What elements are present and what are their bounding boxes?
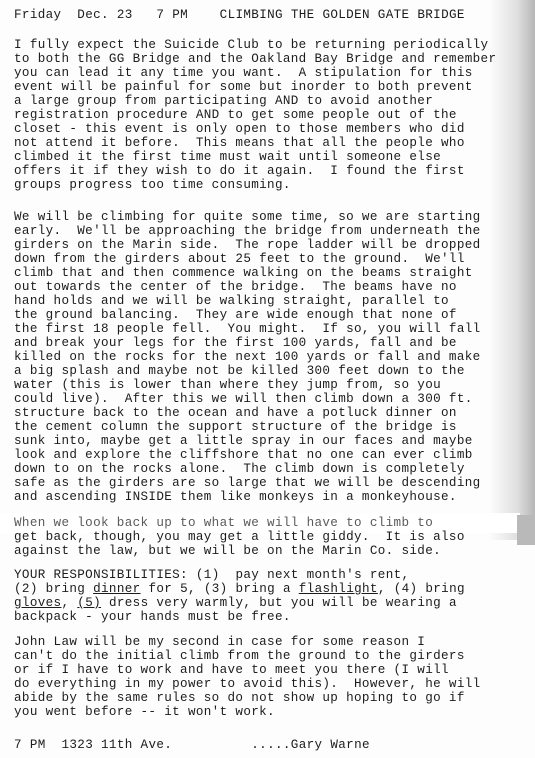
text-line: When we look back up to what we will hav… (14, 516, 465, 530)
paragraph-climb-details: We will be climbing for quite some time,… (14, 210, 481, 504)
item-text: pay next month's rent, (235, 568, 409, 582)
text-line: look and explore the cliffshore that no … (14, 448, 481, 462)
text-line: the ground balancing. They are wide enou… (14, 308, 481, 322)
responsibilities-line-3: gloves, (5) dress very warmly, but you w… (14, 596, 473, 610)
typed-flyer-page: Friday Dec. 23 7 PM CLIMBING THE GOLDEN … (0, 0, 535, 758)
text-line: groups progress too time consuming. (14, 178, 496, 192)
text-line: registration procedure AND to get some p… (14, 108, 496, 122)
responsibilities-line-2: (2) bring dinner for 5, (3) bring a flas… (14, 582, 473, 596)
responsibilities-line-4: backpack - your hands must be free. (14, 610, 473, 624)
text-line: could live). After this we will then cli… (14, 392, 481, 406)
item-number: (3) (204, 582, 228, 596)
header-date: Dec. 23 (77, 8, 132, 22)
text-line: killed on the rocks for the next 100 yar… (14, 350, 481, 364)
text-line: the first 18 people fell. You might. If … (14, 322, 481, 336)
paragraph-intro: I fully expect the Suicide Club to be re… (14, 38, 496, 192)
item-text: bring (46, 582, 93, 596)
item-text: dress very warmly, but you will be weari… (109, 596, 457, 610)
text-line: not attend it before. This means that al… (14, 136, 496, 150)
text-line: a big splash and maybe not be killed 300… (14, 364, 481, 378)
text-line: sunk into, maybe get a little spray in o… (14, 434, 481, 448)
text-line: can't do the initial climb from the grou… (14, 649, 481, 663)
text-line: you went before -- it won't work. (14, 705, 481, 719)
text-line: John Law will be my second in case for s… (14, 635, 481, 649)
item-text: bring a (236, 582, 299, 596)
header-day: Friday (14, 8, 61, 22)
text-line: safe as the girders are so large that we… (14, 476, 481, 490)
text-line: abide by the same rules so do not show u… (14, 691, 481, 705)
item-number: (4) (394, 582, 418, 596)
text-line: closet - this event is only open to thos… (14, 122, 496, 136)
text-line: down from the girders about 25 feet to t… (14, 252, 481, 266)
responsibilities-line-1: YOUR RESPONSIBILITIES: (1) pay next mont… (14, 568, 473, 582)
paragraph-look-back: When we look back up to what we will hav… (14, 516, 465, 558)
text-line: girders on the Marin side. The rope ladd… (14, 238, 481, 252)
footer-time: 7 PM (14, 738, 46, 752)
item-underlined-text: gloves (14, 596, 61, 610)
text-line: climb that and then commence walking on … (14, 266, 481, 280)
paragraph-john-law: John Law will be my second in case for s… (14, 635, 481, 719)
footer-signature: .....Gary Warne (251, 738, 370, 752)
item-text: bring (425, 582, 472, 596)
item-underlined-text: flashlight (299, 582, 378, 596)
item-text: , (378, 582, 386, 596)
text-line: offers it if they wish to do it again. I… (14, 164, 496, 178)
text-line: out towards the center of the bridge. Th… (14, 280, 481, 294)
text-line: and ascending INSIDE them like monkeys i… (14, 490, 481, 504)
text-line: climbed it the first time must wait unti… (14, 150, 496, 164)
text-line: water (this is lower than where they jum… (14, 378, 481, 392)
text-line: to both the GG Bridge and the Oakland Ba… (14, 52, 496, 66)
text-line: down to on the rocks alone. The climb do… (14, 462, 481, 476)
item-text: for 5, (141, 582, 196, 596)
text-line: early. We'll be approaching the bridge f… (14, 224, 481, 238)
text-line: hand holds and we will be walking straig… (14, 294, 481, 308)
text-line: event will be painful for some but inord… (14, 80, 496, 94)
text-line: a large group from participating AND to … (14, 94, 496, 108)
header-time: 7 PM (156, 8, 188, 22)
text-line: the cement column the support structure … (14, 420, 481, 434)
text-line: do everything in my power to avoid this)… (14, 677, 481, 691)
item-underlined-text: dinner (93, 582, 140, 596)
flyer-header: Friday Dec. 23 7 PM CLIMBING THE GOLDEN … (14, 8, 465, 22)
text-line: you can lead it any time you want. A sti… (14, 66, 496, 80)
responsibilities-label: YOUR RESPONSIBILITIES: (14, 568, 188, 582)
text-line: I fully expect the Suicide Club to be re… (14, 38, 496, 52)
item-number: (1) (196, 568, 220, 582)
item-text: backpack - your hands must be free. (14, 610, 291, 624)
text-line: against the law, but we will be on the M… (14, 544, 465, 558)
item-number: (5) (77, 596, 101, 610)
footer-address: 1323 11th Ave. (61, 738, 172, 752)
photocopy-edge-shadow-lower (517, 515, 535, 545)
text-line: structure back to the ocean and have a p… (14, 406, 481, 420)
flyer-footer: 7 PM 1323 11th Ave. .....Gary Warne (14, 738, 370, 752)
text-line: get back, though, you may get a little g… (14, 530, 465, 544)
responsibilities-section: YOUR RESPONSIBILITIES: (1) pay next mont… (14, 568, 473, 624)
text-line: We will be climbing for quite some time,… (14, 210, 481, 224)
text-line: and break your legs for the first 100 ya… (14, 336, 481, 350)
text-line: or if I have to work and have to meet yo… (14, 663, 481, 677)
item-number: (2) (14, 582, 38, 596)
item-text: , (61, 596, 69, 610)
header-title: CLIMBING THE GOLDEN GATE BRIDGE (220, 8, 465, 22)
